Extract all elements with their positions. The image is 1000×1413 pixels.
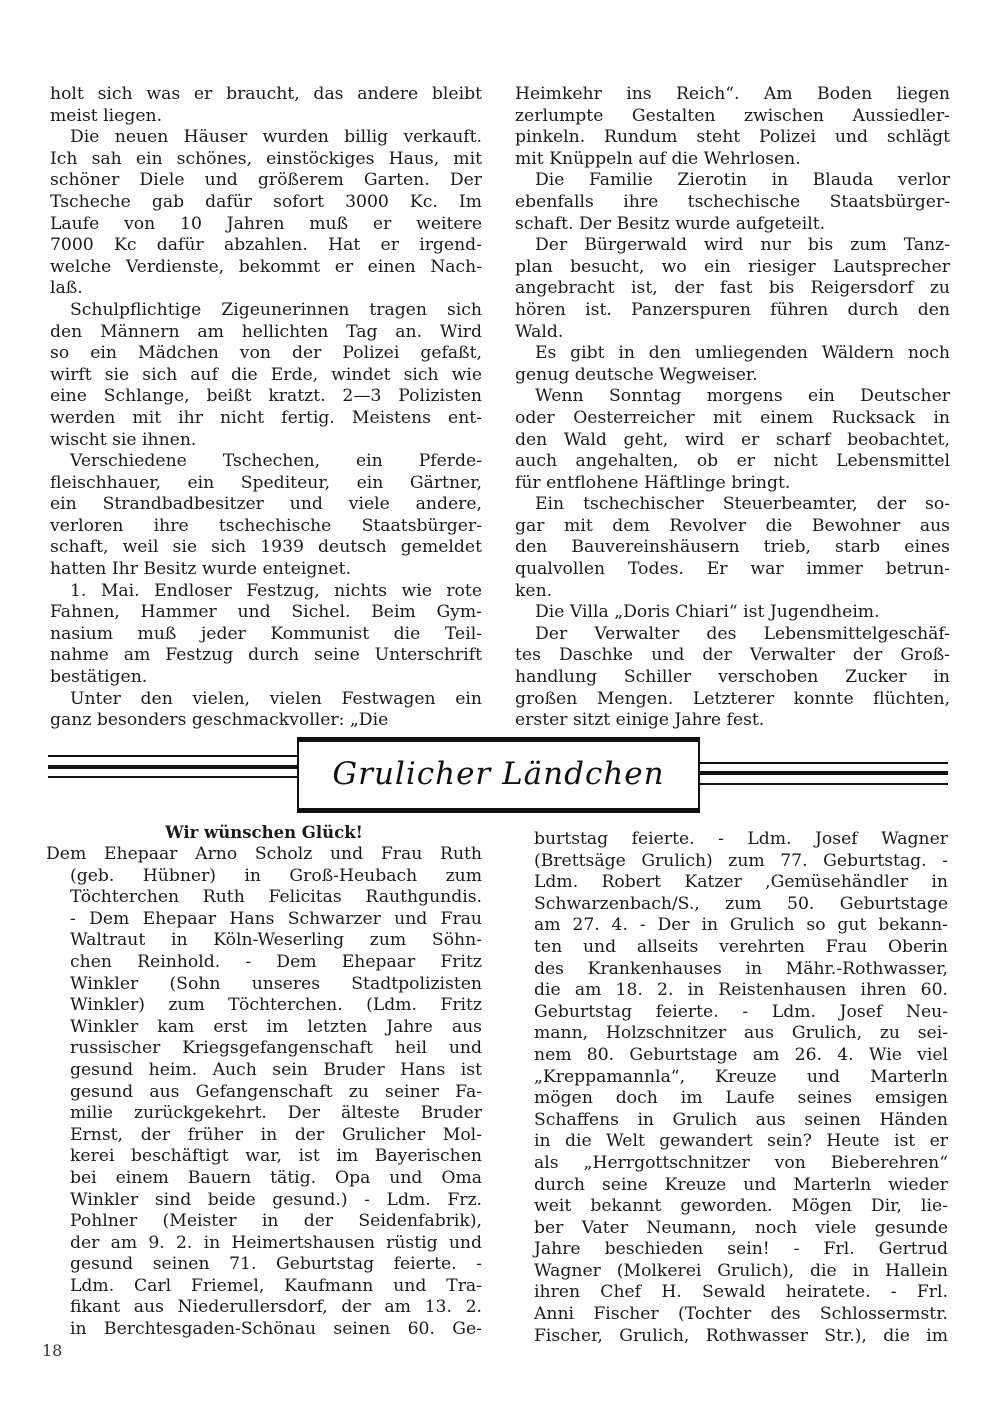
- text-line: zerlumpte Gestalten zwischen Aussiedler-: [515, 106, 950, 128]
- text-line: welche Verdienste, bekommt er einen Nach…: [50, 257, 482, 279]
- text-line: schaft, weil sie sich 1939 deutsch gemel…: [50, 537, 482, 559]
- text-line: (geb. Hübner) in Groß-Heubach zum: [70, 866, 482, 888]
- text-line: Schulpflichtige Zigeunerinnen tragen sic…: [50, 300, 482, 322]
- text-line: fikant aus Niederullersdorf, der am 13. …: [70, 1297, 482, 1319]
- text-line: der am 9. 2. in Heimertshausen rüstig un…: [70, 1233, 482, 1255]
- text-line: Unter den vielen, vielen Festwagen ein: [50, 689, 482, 711]
- text-line: schöner Diele und größerem Garten. Der: [50, 170, 482, 192]
- text-line: nem 80. Geburtstage am 26. 4. Wie viel: [534, 1045, 948, 1067]
- text-line: Der Bürgerwald wird nur bis zum Tanz-: [515, 235, 950, 257]
- text-line: handlung Schiller verschoben Zucker in: [515, 667, 950, 689]
- text-line: den Wald geht, wird er scharf beobachtet…: [515, 430, 950, 452]
- banner-rule-right-middle: [698, 771, 948, 775]
- paragraph: Schulpflichtige Zigeunerinnen tragen sic…: [50, 300, 482, 451]
- article-top-column-right: Heimkehr ins Reich“. Am Boden liegenzerl…: [515, 84, 950, 732]
- text-line: Pohlner (Meister in der Seidenfabrik),: [70, 1211, 482, 1233]
- text-line: weit bekannt geworden. Mögen Dir, lie-: [534, 1196, 948, 1218]
- paragraph: Verschiedene Tschechen, ein Pferde-fleis…: [50, 451, 482, 581]
- text-line: Wagner (Molkerei Grulich), die in Hallei…: [534, 1261, 948, 1283]
- text-line: gesund seinen 71. Geburtstag feierte. -: [70, 1254, 482, 1276]
- text-line: Ldm. Robert Katzer ,Gemüsehändler in: [534, 872, 948, 894]
- text-line: wischt sie ihnen.: [50, 430, 482, 452]
- text-line: pinkeln. Rundum steht Polizei und schläg…: [515, 127, 950, 149]
- text-line: milie zurückgekehrt. Der älteste Bruder: [70, 1103, 482, 1125]
- text-line: auch angehalten, ob er nicht Lebensmitte…: [515, 451, 950, 473]
- text-line: Es gibt in den umliegenden Wäldern noch: [515, 343, 950, 365]
- text-line: Ich sah ein schönes, einstöckiges Haus, …: [50, 149, 482, 171]
- text-line: Schwarzenbach/S., zum 50. Geburtstage: [534, 894, 948, 916]
- text-line: Fischer, Grulich, Rothwasser Str.), die …: [534, 1326, 948, 1348]
- text-line: ebenfalls ihre tschechische Staatsbürger…: [515, 192, 950, 214]
- text-line: mit Knüppeln auf die Wehrlosen.: [515, 149, 950, 171]
- text-line: des Krankenhauses in Mähr.-Rothwasser,: [534, 959, 948, 981]
- text-line: für entflohene Häftlinge bringt.: [515, 473, 950, 495]
- text-line: verloren ihre tschechische Staatsbürger-: [50, 516, 482, 538]
- paragraph: Unter den vielen, vielen Festwagen einga…: [50, 689, 482, 732]
- text-line: Laufe von 10 Jahren muß er weitere: [50, 214, 482, 236]
- text-line: den Bauvereinshäusern trieb, starb eines: [515, 537, 950, 559]
- text-line: ihren Chef H. Sewald heiratete. - Frl.: [534, 1282, 948, 1304]
- text-line: (Brettsäge Grulich) zum 77. Geburtstag. …: [534, 851, 948, 873]
- text-line: ein Strandbadbesitzer und viele andere,: [50, 494, 482, 516]
- text-line: Winkler kam erst im letzten Jahre aus: [70, 1017, 482, 1039]
- text-line: ken.: [515, 581, 950, 603]
- text-line: nasium muß jeder Kommunist die Teil-: [50, 624, 482, 646]
- paragraph: 1. Mai. Endloser Festzug, nichts wie rot…: [50, 581, 482, 689]
- text-line: so ein Mädchen von der Polizei gefaßt,: [50, 343, 482, 365]
- banner-rule-right-top: [698, 762, 948, 764]
- text-line: gesund heim. Auch sein Bruder Hans ist: [70, 1060, 482, 1082]
- text-line: hatten Ihr Besitz wurde enteignet.: [50, 559, 482, 581]
- text-line: durch seine Kreuze und Marterln wieder: [534, 1175, 948, 1197]
- text-line: genug deutsche Wegweiser.: [515, 365, 950, 387]
- text-line: kerei beschäftigt war, ist im Bayerische…: [70, 1146, 482, 1168]
- section-title: Grulicher Ländchen: [299, 756, 698, 792]
- text-line: burtstag feierte. - Ldm. Josef Wagner: [534, 829, 948, 851]
- text-line: Winkler (Sohn unseres Stadtpolizisten: [70, 974, 482, 996]
- text-line: großen Mengen. Letzterer konnte flüchten…: [515, 689, 950, 711]
- paragraph: Ein tschechischer Steuerbeamter, der so-…: [515, 494, 950, 602]
- text-line: Waltraut in Köln-Weserling zum Söhn-: [70, 930, 482, 952]
- text-line: Verschiedene Tschechen, ein Pferde-: [50, 451, 482, 473]
- text-line: bestätigen.: [50, 667, 482, 689]
- text-line: den Männern am hellichten Tag an. Wird: [50, 322, 482, 344]
- text-line: nahme am Festzug durch seine Unterschrif…: [50, 645, 482, 667]
- text-line: russischer Kriegsgefangenschaft heil und: [70, 1038, 482, 1060]
- text-line: mögen doch im Laufe seines emsigen: [534, 1088, 948, 1110]
- text-line: gar mit dem Revolver die Bewohner aus: [515, 516, 950, 538]
- banner-title-box: Grulicher Ländchen: [297, 737, 700, 813]
- text-line: hören ist. Panzerspuren führen durch den: [515, 300, 950, 322]
- paragraph: Wenn Sonntag morgens ein Deutscheroder O…: [515, 386, 950, 494]
- text-line: mann, Holzschnitzer aus Grulich, zu sei-: [534, 1023, 948, 1045]
- text-line: ganz besonders geschmackvoller: „Die: [50, 710, 482, 732]
- article-body: (geb. Hübner) in Groß-Heubach zumTöchter…: [46, 866, 482, 1341]
- text-line: 1. Mai. Endloser Festzug, nichts wie rot…: [50, 581, 482, 603]
- article-top-column-left: holt sich was er braucht, das andere ble…: [50, 84, 482, 732]
- text-line: tes Daschke und der Verwalter der Groß-: [515, 645, 950, 667]
- text-line: Winkler) zum Töchterchen. (Ldm. Fritz: [70, 995, 482, 1017]
- text-line: holt sich was er braucht, das andere ble…: [50, 84, 482, 106]
- text-line: bei einem Bauern tätig. Opa und Oma: [70, 1168, 482, 1190]
- text-line: oder Oesterreicher mit einem Rucksack in: [515, 408, 950, 430]
- text-line: werden mit ihr nicht fertig. Meistens en…: [50, 408, 482, 430]
- text-line: gesund aus Gefangenschaft zu seiner Fa-: [70, 1082, 482, 1104]
- banner-rule-right-bottom: [698, 783, 948, 785]
- text-line: die am 18. 2. in Reistenhausen ihren 60.: [534, 980, 948, 1002]
- banner-rule-left-bottom: [48, 776, 298, 778]
- text-line: am 27. 4. - Der in Grulich so gut bekann…: [534, 915, 948, 937]
- text-line: - Dem Ehepaar Hans Schwarzer und Frau: [70, 909, 482, 931]
- text-line: Die neuen Häuser wurden billig verkauft.: [50, 127, 482, 149]
- article-bottom-column-left: Wir wünschen Glück! Dem Ehepaar Arno Sch…: [46, 822, 482, 1341]
- text-line: meist liegen.: [50, 106, 482, 128]
- paragraph: holt sich was er braucht, das andere ble…: [50, 84, 482, 127]
- text-line: angebracht ist, der fast bis Reigersdorf…: [515, 278, 950, 300]
- article-first-line: Dem Ehepaar Arno Scholz und Frau Ruth: [46, 844, 482, 866]
- text-line: in Berchtesgaden-Schönau seinen 60. Ge-: [70, 1319, 482, 1341]
- text-line: qualvollen Todes. Er war immer betrun-: [515, 559, 950, 581]
- article-bottom-column-right: burtstag feierte. - Ldm. Josef Wagner(Br…: [534, 829, 948, 1347]
- text-line: Wald.: [515, 322, 950, 344]
- page-number: 18: [42, 1341, 62, 1360]
- text-line: chen Reinhold. - Dem Ehepaar Fritz: [70, 952, 482, 974]
- text-line: plan besucht, wo ein riesiger Lautsprech…: [515, 257, 950, 279]
- text-line: Fahnen, Hammer und Sichel. Beim Gym-: [50, 602, 482, 624]
- text-line: Heimkehr ins Reich“. Am Boden liegen: [515, 84, 950, 106]
- text-line: Die Villa „Doris Chiari“ ist Jugendheim.: [515, 602, 950, 624]
- text-line: als „Herrgottschnitzer von Bieberehren“: [534, 1153, 948, 1175]
- paragraph: Es gibt in den umliegenden Wäldern nochg…: [515, 343, 950, 386]
- paragraph: Heimkehr ins Reich“. Am Boden liegenzerl…: [515, 84, 950, 170]
- paragraph: Der Verwalter des Lebensmittelgeschäf-te…: [515, 624, 950, 732]
- text-line: ber Vater Neumann, noch viele gesunde: [534, 1218, 948, 1240]
- text-line: Der Verwalter des Lebensmittelgeschäf-: [515, 624, 950, 646]
- text-line: ten und allseits verehrten Frau Oberin: [534, 937, 948, 959]
- text-line: Die Familie Zierotin in Blauda verlor: [515, 170, 950, 192]
- text-line: Jahre beschieden sein! - Frl. Gertrud: [534, 1239, 948, 1261]
- text-line: Ernst, der früher in der Grulicher Mol-: [70, 1125, 482, 1147]
- paragraph: Die Villa „Doris Chiari“ ist Jugendheim.: [515, 602, 950, 624]
- text-line: wirft sie sich auf die Erde, windet sich…: [50, 365, 482, 387]
- paragraph: Die Familie Zierotin in Blauda verlorebe…: [515, 170, 950, 235]
- text-line: Tscheche gab dafür sofort 3000 Kc. Im: [50, 192, 482, 214]
- text-line: Ldm. Carl Friemel, Kaufmann und Tra-: [70, 1276, 482, 1298]
- text-line: eine Schlange, beißt kratzt. 2—3 Polizis…: [50, 386, 482, 408]
- text-line: in die Welt gewandert sein? Heute ist er: [534, 1131, 948, 1153]
- text-line: Töchterchen Ruth Felicitas Rauthgundis.: [70, 887, 482, 909]
- paragraph: Der Bürgerwald wird nur bis zum Tanz-pla…: [515, 235, 950, 343]
- banner-rule-left-middle: [48, 765, 298, 769]
- text-line: Winkler sind beide gesund.) - Ldm. Frz.: [70, 1190, 482, 1212]
- text-line: Geburtstag feierte. - Ldm. Josef Neu-: [534, 1002, 948, 1024]
- text-line: erster sitzt einige Jahre fest.: [515, 710, 950, 732]
- text-line: Ein tschechischer Steuerbeamter, der so-: [515, 494, 950, 516]
- paragraph: Die neuen Häuser wurden billig verkauft.…: [50, 127, 482, 300]
- text-line: Schaffens in Grulich aus seinen Händen: [534, 1110, 948, 1132]
- text-line: laß.: [50, 278, 482, 300]
- banner-rule-left-top: [48, 755, 298, 757]
- article-heading: Wir wünschen Glück!: [46, 822, 482, 844]
- text-line: „Kreppamannla“, Kreuze und Marterln: [534, 1067, 948, 1089]
- text-line: schaft. Der Besitz wurde aufgeteilt.: [515, 214, 950, 236]
- text-line: Anni Fischer (Tochter des Schlossermstr.: [534, 1304, 948, 1326]
- text-line: Wenn Sonntag morgens ein Deutscher: [515, 386, 950, 408]
- text-line: fleischhauer, ein Spediteur, ein Gärtner…: [50, 473, 482, 495]
- text-line: 7000 Kc dafür abzahlen. Hat er irgend-: [50, 235, 482, 257]
